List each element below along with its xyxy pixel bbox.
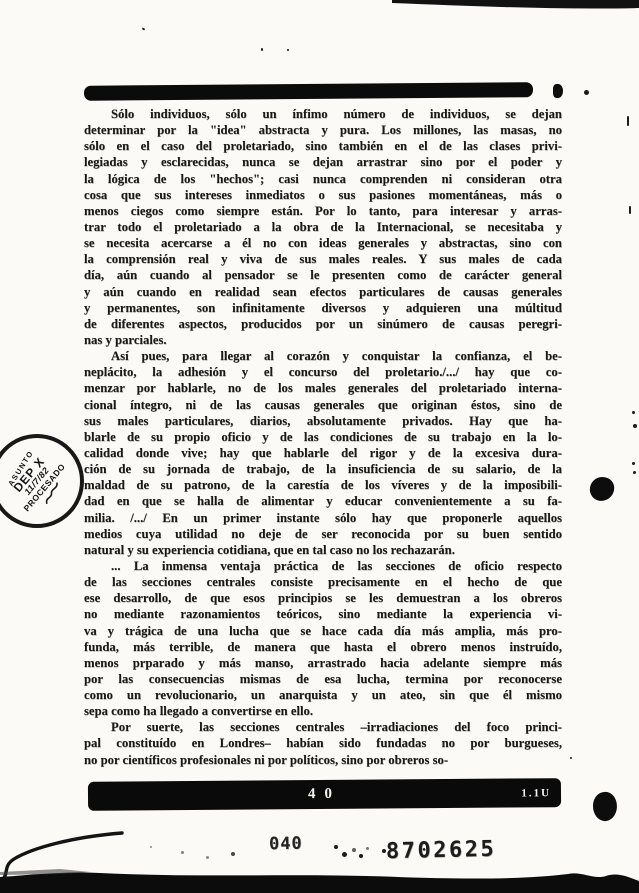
pen-mark-curve [2,833,122,881]
scan-speck [342,852,347,857]
processing-stamp: ASUNTO DEP X 11/7/82 PROCESADO [0,434,84,528]
scan-speck [142,27,146,30]
text-line: día, aún cuando al pensador se le presen… [84,267,562,283]
text-line: funda, más terrible, de manera que hasta… [84,639,562,655]
paragraph: Por suerte, las secciones centrales –irr… [84,719,562,767]
text-line: menos ciegos como siempre están. Por lo … [84,203,562,219]
text-line: la comprensión real y viva de sus males … [84,251,562,267]
scan-speck [287,49,289,51]
text-line: legiadas y esclarecidas, nunca se dejan … [84,154,562,170]
scan-speck [231,852,235,856]
text-line: no mediante razonamientos teóricos, sino… [84,606,562,622]
text-line: de diferentes aspectos, producidos por u… [84,316,562,332]
text-line: se necesita acercarse a él no con ideas … [84,235,562,251]
text-line: ción de su jornada de trabajo, de la ins… [84,461,562,477]
ink-blob-top-right [553,84,563,98]
scanned-page: Sólo individuos, sólo un ínfimo número d… [0,0,639,893]
text-line: y permanentes, son infinitamente diverso… [84,300,562,316]
text-line: cosa que sus intereses inmediatos o sus … [84,187,562,203]
text-line: ese desarrollo, de que esos principios s… [84,590,562,606]
text-line: cional íntegro, ni de las causas general… [84,397,562,413]
text-line: sus males particulares, diarios, absolut… [84,413,562,429]
text-line: va y trágica de una lucha que se hace ca… [84,623,562,639]
scan-speck [632,411,635,414]
scan-speck [261,48,263,51]
document-text: Sólo individuos, sólo un ínfimo número d… [84,106,562,768]
text-line: como un revolucionario, un anarquista y … [84,687,562,703]
text-line: neplácito, la adhesión y el concurso del… [84,364,562,380]
scan-speck [570,757,572,759]
scan-band-bottom [0,873,639,893]
text-line: no por científicos profesionales ni por … [84,752,562,768]
scan-band-smudge [0,869,90,875]
scan-speck [632,462,635,465]
paragraph: Así pues, para llegar al corazón y conqu… [84,348,562,558]
page-number: 40 [88,784,561,805]
scan-streak-top-right [392,0,639,9]
scan-speck [366,847,369,850]
scan-speck [584,90,589,95]
paragraph: Sólo individuos, sólo un ínfimo número d… [84,106,562,348]
text-line: maldad de su patrono, de la carestía de … [84,477,562,493]
text-line: medios cuya utilidad no deje de ser reco… [84,526,562,542]
text-line: Sólo individuos, sólo un ínfimo número d… [84,106,562,122]
text-line: Así pues, para llegar al corazón y conqu… [84,348,562,364]
text-line: natural y su experiencia cotidiana, que … [84,542,562,558]
text-line: la lógica de los "hechos"; casi nunca co… [84,171,562,187]
stamp-number-small: 040 [269,834,303,855]
scan-speck [633,471,636,474]
redaction-bar-top [84,82,533,101]
paragraph: ... La inmensa ventaja práctica de las s… [84,558,562,719]
text-line: menzar por hablarle, no de los males gen… [84,380,562,396]
text-line: nas y parciales. [84,332,562,348]
scan-speck [150,846,152,848]
text-line: trar todo el proletariado a la obra de l… [84,219,562,235]
scan-speck [334,845,338,849]
text-line: dad en que se halla de alimentar y educa… [84,493,562,509]
ink-blob-right-lower [591,790,619,822]
text-line: milia. /.../ En un primer instante sólo … [84,510,562,526]
text-line: calidad donde vive; hay que hablarle del… [84,445,562,461]
text-line: de las secciones centrales consiste prec… [84,574,562,590]
text-line: por las consecuencias mismas de esa luch… [84,671,562,687]
scan-speck [352,848,356,852]
ink-blob-right-middle [588,475,616,503]
text-line: pal constituído en Londres– habían sido … [84,735,562,751]
scan-speck [181,851,184,854]
scan-speck [206,856,209,859]
processing-stamp-content: ASUNTO DEP X 11/7/82 PROCESADO [0,443,74,519]
bar-right-text: 1.1U [521,787,551,799]
text-line: sepa como ha llegado a convertirse en el… [84,703,562,719]
scan-speck [629,206,631,214]
text-line: Por suerte, las secciones centrales –irr… [84,719,562,735]
text-line: ... La inmensa ventaja práctica de las s… [84,558,562,574]
scan-speck [627,116,629,126]
text-line: determinar por la "idea" abstracta y pur… [84,122,562,138]
stamp-number-large: 8702625 [386,837,497,864]
text-line: menos prparado y más manso, arrastrado h… [84,655,562,671]
scan-speck [633,424,637,428]
text-line: blarle de su propio oficio y de las cond… [84,429,562,445]
scan-speck [359,854,363,858]
text-line: sólo en el caso del proletariado, sino t… [84,138,562,154]
text-line: y aún cuando en realidad sean efectos pa… [84,284,562,300]
redaction-bar-bottom: 40 1.1U [88,778,561,811]
